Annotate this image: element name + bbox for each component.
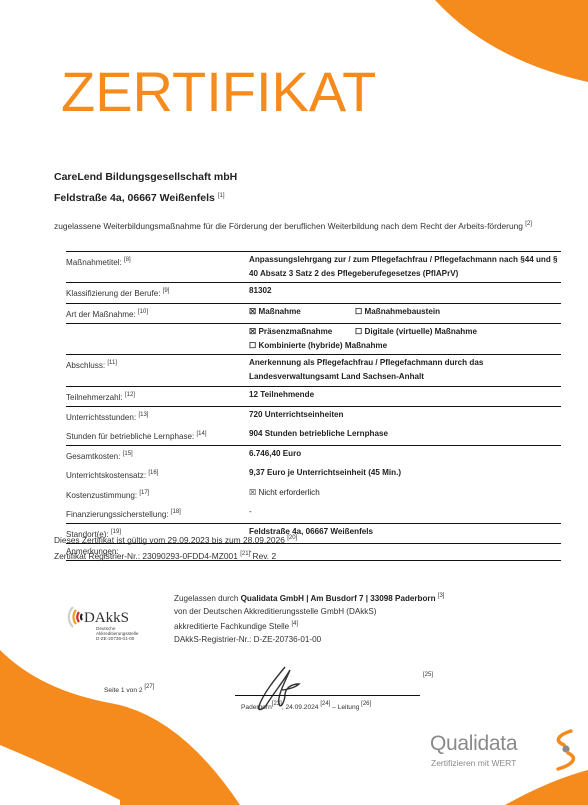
table-row: Teilnehmerzahl: [12] 12 Teilnehmende — [66, 386, 561, 406]
footnote-ref-25: [25] — [423, 672, 433, 678]
svg-text:DAkkS: DAkkS — [84, 610, 129, 626]
table-row: Klassifizierung der Berufe: [9] 81302 — [66, 283, 561, 303]
table-row: Finanzierungssicherstellung: [18] - — [66, 504, 561, 524]
signature-line — [235, 695, 420, 696]
intro-text: zugelassene Weiterbildungsmaßnahme für d… — [54, 218, 554, 232]
facts-table: Maßnahmetitel: [8] Anpassungslehrgang zu… — [66, 251, 561, 561]
checkbox-nicht-erforderlich: ☒ — [249, 488, 256, 497]
checkbox-massnahme: ☒ Maßnahme — [249, 305, 355, 319]
checkbox-praesenz: ☒ Präsenzmaßnahme — [249, 325, 355, 339]
checkbox-digital: ☐ Digitale (virtuelle) Maßnahme — [355, 327, 477, 336]
organization-block: CareLend Bildungsgesellschaft mbH Feldst… — [54, 168, 237, 208]
approval-block: Zugelassen durch Qualidata GmbH | Am Bus… — [174, 590, 444, 646]
checkbox-massnahmebaustein: ☐ Maßnahmebaustein — [355, 307, 440, 316]
qualidata-logo-tagline: Zertifizieren mit WERT — [431, 758, 516, 768]
table-row: ☒ Präsenzmaßnahme☐ Digitale (virtuelle) … — [66, 323, 561, 354]
table-row: Kostenzustimmung: [17] ☒ Nicht erforderl… — [66, 485, 561, 504]
table-row: Abschluss: [11] Anerkennung als Pflegefa… — [66, 355, 561, 386]
organization-name: CareLend Bildungsgesellschaft mbH — [54, 168, 237, 187]
qualidata-logo-name: Qualidata — [430, 732, 517, 756]
certificate-title: ZERTIFIKAT — [61, 64, 376, 120]
page-number: Seite 1 von 2 [27] — [104, 684, 154, 694]
signature-caption: Paderborn[23], 24.09.2024 [24] – Leitung… — [241, 701, 371, 711]
svg-text:D-ZE-20736-01-00: D-ZE-20736-01-00 — [96, 636, 135, 641]
validity-block: Dieses Zertifikat ist gültig vom 29.09.2… — [54, 531, 297, 563]
table-row: Gesamtkosten: [15] 6.746,40 Euro — [66, 446, 561, 466]
table-row: Stunden für betriebliche Lernphase: [14]… — [66, 426, 561, 446]
validity-period: Dieses Zertifikat ist gültig vom 29.09.2… — [54, 531, 297, 547]
table-row: Unterrichtsstunden: [13] 720 Unterrichts… — [66, 406, 561, 426]
table-row: Maßnahmetitel: [8] Anpassungslehrgang zu… — [66, 252, 561, 283]
table-row: Art der Maßnahme: [10] ☒ Maßnahme☐ Maßna… — [66, 303, 561, 323]
organization-address: Feldstraße 4a, 06667 Weißenfels [1] — [54, 187, 237, 208]
dakks-logo: DAkkS Deutsche Akkreditierungsstelle D-Z… — [64, 593, 144, 653]
table-row: Unterrichtskostensatz: [16] 9,37 Euro je… — [66, 465, 561, 484]
registry-number: Zertifikat Registrier-Nr.: 23090293-0FDD… — [54, 547, 297, 563]
checkbox-hybrid: ☐ Kombinierte (hybride) Maßnahme — [249, 341, 387, 350]
